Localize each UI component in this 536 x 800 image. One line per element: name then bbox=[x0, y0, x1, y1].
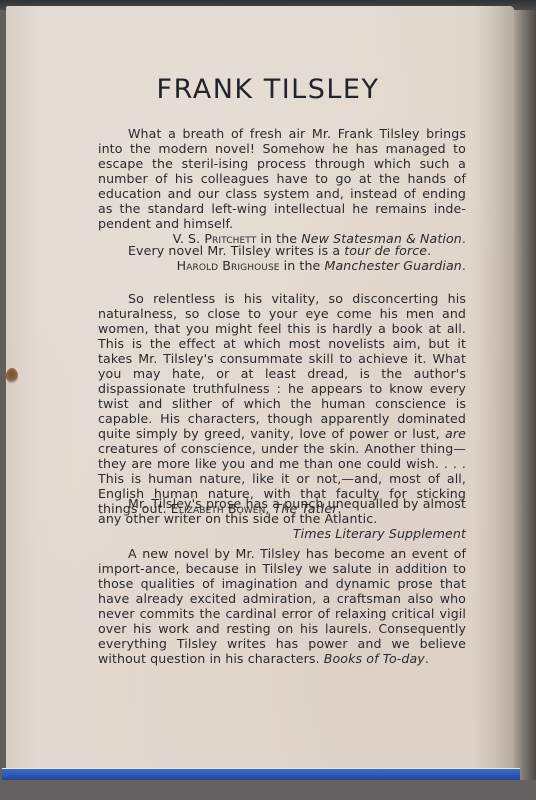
review-tls: Mr. Tilsley's prose has a punch unequall… bbox=[98, 496, 466, 541]
publication-name: Books of To-day bbox=[324, 651, 425, 666]
reviewer-name: Harold Brighouse bbox=[177, 258, 280, 273]
review-pritchett: What a breath of fresh air Mr. Frank Til… bbox=[98, 126, 466, 246]
review-text: Every novel Mr. Tilsley writes is a tour… bbox=[98, 243, 466, 258]
publication-name: Times Literary Supplement bbox=[98, 526, 466, 541]
review-books-of-today: A new novel by Mr. Tilsley has become an… bbox=[98, 546, 466, 666]
review-bowen: So relentless is his vitality, so discon… bbox=[98, 291, 466, 516]
jacket-spine-edge bbox=[512, 10, 536, 780]
author-title: FRANK TILSLEY bbox=[0, 74, 536, 105]
stain-mark bbox=[6, 368, 18, 384]
publication-name: Manchester Guardian bbox=[325, 258, 462, 273]
review-attribution: Harold Brighouse in the Manchester Guard… bbox=[98, 258, 466, 273]
review-text: A new novel by Mr. Tilsley has become an… bbox=[98, 546, 466, 666]
review-text: Mr. Tilsley's prose has a punch unequall… bbox=[98, 496, 466, 526]
background-surface bbox=[0, 780, 536, 800]
review-brighouse: Every novel Mr. Tilsley writes is a tour… bbox=[98, 243, 466, 273]
dust-jacket-photo: FRANK TILSLEY What a breath of fresh air… bbox=[0, 0, 536, 800]
review-text: What a breath of fresh air Mr. Frank Til… bbox=[98, 126, 466, 231]
review-text: So relentless is his vitality, so discon… bbox=[98, 291, 466, 516]
